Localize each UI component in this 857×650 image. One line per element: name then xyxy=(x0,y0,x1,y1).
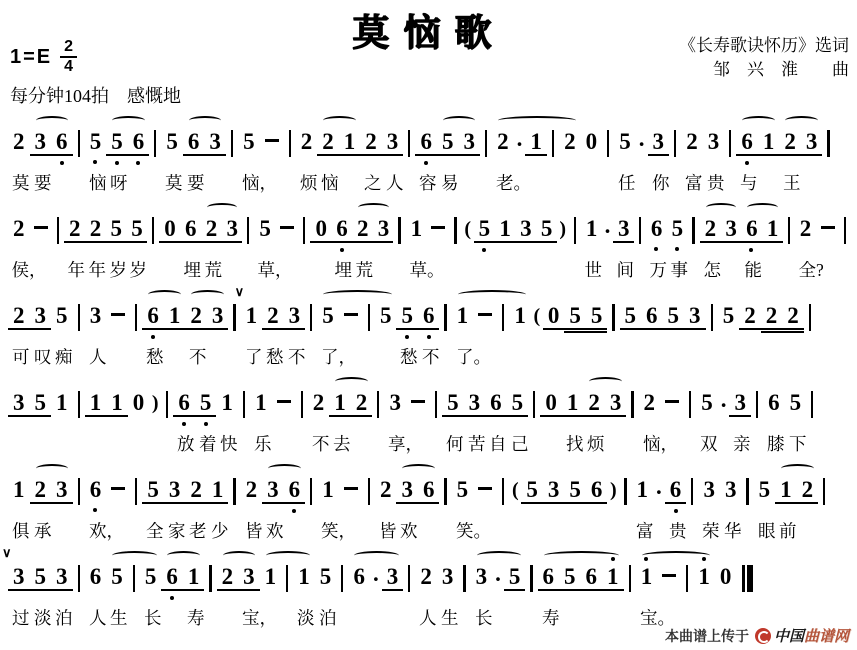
barline xyxy=(552,130,554,157)
note: 5 xyxy=(161,128,183,156)
barline xyxy=(454,217,456,244)
note: 3 xyxy=(51,476,73,504)
note: 5 xyxy=(195,389,217,417)
lyric-syllable: 快 xyxy=(220,431,238,456)
dash-extension xyxy=(406,389,430,417)
lyric-syllable: 老。 xyxy=(496,170,531,195)
barline xyxy=(711,304,713,331)
note: 5 xyxy=(452,476,474,504)
augmentation-dot: . xyxy=(514,128,526,156)
note: 6 xyxy=(581,563,603,591)
note: 6 xyxy=(641,302,663,330)
octave-dot-low xyxy=(115,161,119,165)
lyric-syllable: 全? xyxy=(799,257,824,282)
dash-line xyxy=(478,313,492,316)
meter-denominator: 4 xyxy=(60,58,77,76)
note: 3 xyxy=(605,389,627,417)
dash-line xyxy=(665,400,679,403)
note: 3 xyxy=(204,128,226,156)
composer: 邹 兴 淮 曲 xyxy=(679,58,849,82)
octave-dot-low xyxy=(427,335,431,339)
qupu-logo-icon xyxy=(755,628,771,644)
note: 6 xyxy=(538,563,560,591)
note: 5 xyxy=(30,563,52,591)
note: 5 xyxy=(536,215,557,243)
lyrics-row: 放着快乐不去享，何苦自己找烦恼，双亲膝下 xyxy=(8,431,851,457)
note: 2 xyxy=(779,128,801,156)
lyric-syllable: 过 xyxy=(12,605,30,630)
dash-line xyxy=(265,139,279,142)
note: 6 xyxy=(331,215,352,243)
note: 5 xyxy=(785,389,807,417)
octave-dot-low xyxy=(60,161,64,165)
key-signature: 1=E 2 4 xyxy=(10,38,77,77)
slur-arc xyxy=(498,116,576,125)
barline xyxy=(233,304,235,331)
octave-dot-low xyxy=(674,509,678,513)
lyric-syllable: 欢， xyxy=(89,518,124,543)
barline xyxy=(408,130,410,157)
lyric-syllable: 埋 xyxy=(184,257,202,282)
slur-arc xyxy=(781,464,814,473)
notes-row: 1236532123612365(5356)1.633512 xyxy=(8,476,851,512)
barline xyxy=(444,478,446,505)
note: 6 xyxy=(736,128,758,156)
slur-arc xyxy=(36,116,68,125)
credits: 《长寿歌诀怀历》选词 邹 兴 淮 曲 xyxy=(679,34,849,82)
note: 2 xyxy=(317,128,339,156)
note: 5 xyxy=(85,128,107,156)
note: 2 xyxy=(8,128,30,156)
note: 1 xyxy=(216,389,238,417)
lyric-syllable: 之 xyxy=(364,170,382,195)
note: 2 xyxy=(185,302,207,330)
lyric-syllable: 着 xyxy=(199,431,217,456)
note: 2 xyxy=(351,389,373,417)
barline xyxy=(444,304,446,331)
dash-line xyxy=(431,226,445,229)
note: 5 xyxy=(375,302,397,330)
tempo-marking: 每分钟104拍 感慨地 xyxy=(10,82,181,108)
barline xyxy=(209,565,211,592)
lyric-syllable: 欢 xyxy=(266,518,284,543)
note: 2 xyxy=(415,563,437,591)
barline xyxy=(629,565,631,592)
barline xyxy=(301,391,303,418)
lyrics-source: 《长寿歌诀怀历》选词 xyxy=(679,34,849,58)
barline xyxy=(823,478,825,505)
lyric-syllable: 痴 xyxy=(55,344,73,369)
lyric-syllable: 莫 xyxy=(12,170,30,195)
note: 2 xyxy=(64,215,85,243)
note: 2 xyxy=(360,128,382,156)
note: 1 xyxy=(51,389,73,417)
note: 2 xyxy=(85,215,106,243)
augmentation-dot: . xyxy=(653,476,665,504)
lyric-syllable: 万 xyxy=(650,257,668,282)
augmentation-dot: . xyxy=(718,389,730,417)
note: 3 xyxy=(207,302,229,330)
sheet-music-page: 莫恼歌 1=E 2 4 每分钟104拍 感慨地 《长寿歌诀怀历》选词 邹 兴 淮… xyxy=(0,0,857,650)
dash-extension xyxy=(660,389,684,417)
slur-arc xyxy=(112,116,145,125)
barline xyxy=(612,304,614,331)
lyric-syllable: 寿 xyxy=(542,605,560,630)
lyric-syllable: 双 xyxy=(700,431,718,456)
octave-dot-low xyxy=(482,248,486,252)
note: 2 xyxy=(795,215,816,243)
slur-arc xyxy=(443,116,475,125)
octave-dot-low xyxy=(93,160,97,164)
parenthesis: ( xyxy=(531,302,543,330)
note: 5 xyxy=(521,476,543,504)
rest-note: 0 xyxy=(128,389,150,417)
octave-dot-low xyxy=(340,248,344,252)
barline xyxy=(233,478,235,505)
lyric-syllable: 易 xyxy=(441,170,459,195)
parenthesis: ) xyxy=(607,476,619,504)
lyric-syllable: 岁 xyxy=(130,257,148,282)
octave-dot-low xyxy=(170,596,174,600)
note: 6 xyxy=(183,128,205,156)
lyric-syllable: 生 xyxy=(441,605,459,630)
note: 6 xyxy=(284,476,306,504)
lyric-syllable: 年 xyxy=(89,257,107,282)
sheet-header: 莫恼歌 1=E 2 4 每分钟104拍 感慨地 《长寿歌诀怀历》选词 邹 兴 淮… xyxy=(6,0,851,106)
barline xyxy=(756,391,758,418)
barline xyxy=(811,391,813,418)
note: 1 xyxy=(207,476,229,504)
notes-row: 2365565635221236532.1205.3236123 xyxy=(8,128,851,164)
lyrics-row: 俱承欢，全家老少皆欢笑，皆欢笑。富贵荣华眼前 xyxy=(8,518,851,544)
dash-line xyxy=(662,574,676,577)
barline xyxy=(341,565,343,592)
lyric-syllable: 恼 xyxy=(89,170,107,195)
dash-extension xyxy=(339,476,363,504)
dash-extension xyxy=(473,302,497,330)
barline xyxy=(247,217,249,244)
lyric-syllable: 了， xyxy=(321,344,356,369)
note: 2 xyxy=(583,389,605,417)
watermark-prefix: 本曲谱上传于 xyxy=(665,626,749,646)
octave-dot-low xyxy=(182,422,186,426)
music-line: 3∨5365561231156.3233.56561110过淡泊人生长寿宝，淡泊… xyxy=(6,545,851,632)
note: 3 xyxy=(720,215,741,243)
note: 1 xyxy=(632,476,654,504)
dash-line xyxy=(821,226,835,229)
parenthesis: ( xyxy=(462,215,474,243)
barline xyxy=(286,565,288,592)
dash-extension xyxy=(339,302,363,330)
augmentation-dot: . xyxy=(602,215,613,243)
note: 3 xyxy=(382,128,404,156)
lyric-syllable: 恼， xyxy=(242,170,277,195)
note: 3 xyxy=(471,563,493,591)
lyric-syllable: 乐 xyxy=(254,431,272,456)
note: 1 xyxy=(693,563,715,591)
lyric-syllable: 宝， xyxy=(242,605,277,630)
note: 3 xyxy=(164,476,186,504)
lyric-syllable: 放 xyxy=(177,431,195,456)
dash-line xyxy=(478,487,492,490)
note: 5 xyxy=(51,302,73,330)
note: 1 xyxy=(260,563,282,591)
lyric-syllable: 华 xyxy=(724,518,742,543)
lyric-syllable: 去 xyxy=(333,431,351,456)
barline xyxy=(574,217,576,244)
dash-extension xyxy=(106,302,130,330)
slur-arc xyxy=(148,290,181,299)
barline xyxy=(463,565,465,592)
dash-extension xyxy=(29,215,52,243)
lyric-syllable: 了 xyxy=(245,344,263,369)
dash-line xyxy=(111,487,125,490)
note: 1 xyxy=(636,563,658,591)
note: 1 xyxy=(183,563,205,591)
parenthesis: ( xyxy=(509,476,521,504)
lyric-syllable: 贵 xyxy=(669,518,687,543)
note: 5 xyxy=(564,476,586,504)
lyric-syllable: 任 xyxy=(618,170,636,195)
note: 1 xyxy=(406,215,427,243)
note: 1 xyxy=(329,389,351,417)
lyric-syllable: 烦 xyxy=(300,170,318,195)
note: 1 xyxy=(164,302,186,330)
note: 5 xyxy=(140,563,162,591)
barline xyxy=(639,217,641,244)
barline xyxy=(692,217,694,244)
barline xyxy=(154,130,156,157)
barline xyxy=(368,304,370,331)
lyric-syllable: 烦 xyxy=(587,431,605,456)
rest-note: 0 xyxy=(715,563,737,591)
barline xyxy=(408,565,410,592)
barline xyxy=(485,130,487,157)
note: 3 xyxy=(221,215,242,243)
lyric-syllable: 你 xyxy=(652,170,670,195)
music-line: 1236532123612365(5356)1.633512俱承欢，全家老少皆欢… xyxy=(6,458,851,545)
breath-mark-icon: ∨ xyxy=(2,546,12,559)
note: 2 xyxy=(185,476,207,504)
note: 1 xyxy=(758,128,780,156)
slur-arc xyxy=(458,290,526,299)
note: 5 xyxy=(238,128,260,156)
note: 1 xyxy=(106,389,128,417)
dash-extension xyxy=(275,215,298,243)
note: 5 xyxy=(106,215,127,243)
slur-arc xyxy=(112,551,157,560)
lyric-syllable: 间 xyxy=(617,257,635,282)
note: 5 xyxy=(507,389,529,417)
note: 1 xyxy=(250,389,272,417)
lyric-syllable: 王 xyxy=(783,170,801,195)
note: 2 xyxy=(375,476,397,504)
notes-row: 3∨5365561231156.3233.56561110 xyxy=(8,563,851,599)
lyric-syllable: 寿 xyxy=(187,605,205,630)
note: 3 xyxy=(85,302,107,330)
note: 6 xyxy=(161,563,183,591)
note: 3 xyxy=(648,128,670,156)
barline xyxy=(368,478,370,505)
note: 2 xyxy=(241,476,263,504)
lyric-syllable: 事 xyxy=(671,257,689,282)
slur-arc xyxy=(544,551,619,560)
lyric-syllable: 皆 xyxy=(245,518,263,543)
watermark-site-name: 中国 xyxy=(774,625,804,646)
slur-arc xyxy=(323,116,356,125)
lyric-syllable: 不 xyxy=(422,344,440,369)
note: 3 xyxy=(382,563,404,591)
note: 3 xyxy=(51,563,73,591)
lyric-syllable: 老 xyxy=(189,518,207,543)
note: 3 xyxy=(238,563,260,591)
note: 2 xyxy=(739,302,761,330)
rest-note: 0 xyxy=(310,215,331,243)
slur-arc xyxy=(706,203,737,212)
lyric-syllable: 恼， xyxy=(643,431,678,456)
note: 2 xyxy=(30,476,52,504)
slur-arc xyxy=(589,377,622,386)
note: 5 xyxy=(437,128,459,156)
note: 6 xyxy=(85,476,107,504)
octave-dot-low xyxy=(405,335,409,339)
octave-dot-low xyxy=(151,335,155,339)
barline xyxy=(133,565,135,592)
note: 3 xyxy=(720,476,742,504)
lyric-syllable: 淡 xyxy=(34,605,52,630)
note: 6 xyxy=(485,389,507,417)
note: 1 xyxy=(494,215,515,243)
dash-extension xyxy=(260,128,284,156)
barline xyxy=(231,130,233,157)
note: 3 xyxy=(613,215,634,243)
lyric-syllable: 呀 xyxy=(110,170,128,195)
breath-mark-icon: ∨ xyxy=(235,285,245,298)
note: 5 xyxy=(696,389,718,417)
lyric-syllable: 亲 xyxy=(733,431,751,456)
note: 2 xyxy=(639,389,661,417)
lyric-syllable: 长 xyxy=(144,605,162,630)
slur-arc xyxy=(402,464,435,473)
octave-dot-low xyxy=(292,509,296,513)
lyric-syllable: 欢 xyxy=(400,518,418,543)
octave-dot-low xyxy=(654,247,658,251)
lyric-syllable: 膝 xyxy=(767,431,785,456)
note: 1 xyxy=(339,128,361,156)
note: 3 xyxy=(384,389,406,417)
note: 1 xyxy=(452,302,474,330)
lyric-syllable: 不 xyxy=(189,344,207,369)
note: 5 xyxy=(442,389,464,417)
note: 2 xyxy=(201,215,222,243)
barline xyxy=(152,217,154,244)
note: 2 xyxy=(217,563,239,591)
lyrics-row: 莫要恼呀莫要恼，烦恼之人容易老。任你富贵与王 xyxy=(8,170,851,196)
lyric-syllable: 了。 xyxy=(456,344,491,369)
lyric-syllable: 泊 xyxy=(319,605,337,630)
slur-arc xyxy=(642,551,710,560)
lyric-syllable: 与 xyxy=(740,170,758,195)
lyric-syllable: 荣 xyxy=(702,518,720,543)
note: 3 xyxy=(729,389,751,417)
lyric-syllable: 莫 xyxy=(165,170,183,195)
note: 3 xyxy=(373,215,394,243)
lyric-syllable: 要 xyxy=(187,170,205,195)
barline xyxy=(788,217,790,244)
lyric-syllable: 苦 xyxy=(468,431,486,456)
note: 5 xyxy=(614,128,636,156)
slur-arc xyxy=(223,551,255,560)
lyric-syllable: 笑， xyxy=(321,518,356,543)
lyric-syllable: 家 xyxy=(168,518,186,543)
note: 3 xyxy=(458,128,480,156)
note: 1∨ xyxy=(241,302,263,330)
barline xyxy=(533,391,535,418)
lyrics-row: 可叹痴人愁不了愁不了，愁不了。 xyxy=(8,344,851,370)
note: 3∨ xyxy=(8,563,30,591)
barline xyxy=(624,478,626,505)
note: 1 xyxy=(293,563,315,591)
barline xyxy=(135,478,137,505)
slur-arc xyxy=(742,116,775,125)
barline xyxy=(827,130,829,157)
barline xyxy=(398,217,400,244)
note: 1 xyxy=(581,215,602,243)
note: 3 xyxy=(543,476,565,504)
note: 5 xyxy=(142,476,164,504)
note: 5 xyxy=(317,302,339,330)
music-line: 2365565635221236532.1205.3236123莫要恼呀莫要恼，… xyxy=(6,110,851,197)
slur-arc xyxy=(167,551,200,560)
parenthesis: ) xyxy=(149,389,161,417)
barline xyxy=(166,391,168,418)
note: 3 xyxy=(396,476,418,504)
lyric-syllable: 笑。 xyxy=(456,518,491,543)
lyric-syllable: 人 xyxy=(89,344,107,369)
octave-dot-low xyxy=(136,161,140,165)
note: 1 xyxy=(762,215,783,243)
note: 3 xyxy=(464,389,486,417)
octave-dot-low xyxy=(424,161,428,165)
lyric-syllable: 何 xyxy=(446,431,464,456)
dash-extension xyxy=(657,563,681,591)
barline xyxy=(78,304,80,331)
lyric-syllable: 承 xyxy=(34,518,52,543)
dash-line xyxy=(277,400,291,403)
slur-arc xyxy=(358,203,390,212)
note: 5 xyxy=(620,302,642,330)
time-signature: 2 4 xyxy=(60,38,77,77)
lyric-syllable: 下 xyxy=(789,431,807,456)
lyric-syllable: 不 xyxy=(288,344,306,369)
barline xyxy=(530,565,532,592)
slur-arc xyxy=(354,551,399,560)
notes-row: 351110)651121235365012325.365 xyxy=(8,389,851,425)
watermark-site-name-red: 曲谱网 xyxy=(804,625,849,646)
note: 2 xyxy=(761,302,783,330)
note: 6 xyxy=(173,389,195,417)
note: 5 xyxy=(564,302,586,330)
octave-dot-low xyxy=(675,247,679,251)
lyric-syllable: 自 xyxy=(489,431,507,456)
barline xyxy=(78,391,80,418)
barline xyxy=(303,217,305,244)
barline xyxy=(729,130,731,157)
lyric-syllable: 少 xyxy=(211,518,229,543)
barline xyxy=(844,217,846,244)
note: 5 xyxy=(254,215,275,243)
lyric-syllable: 荒 xyxy=(205,257,223,282)
